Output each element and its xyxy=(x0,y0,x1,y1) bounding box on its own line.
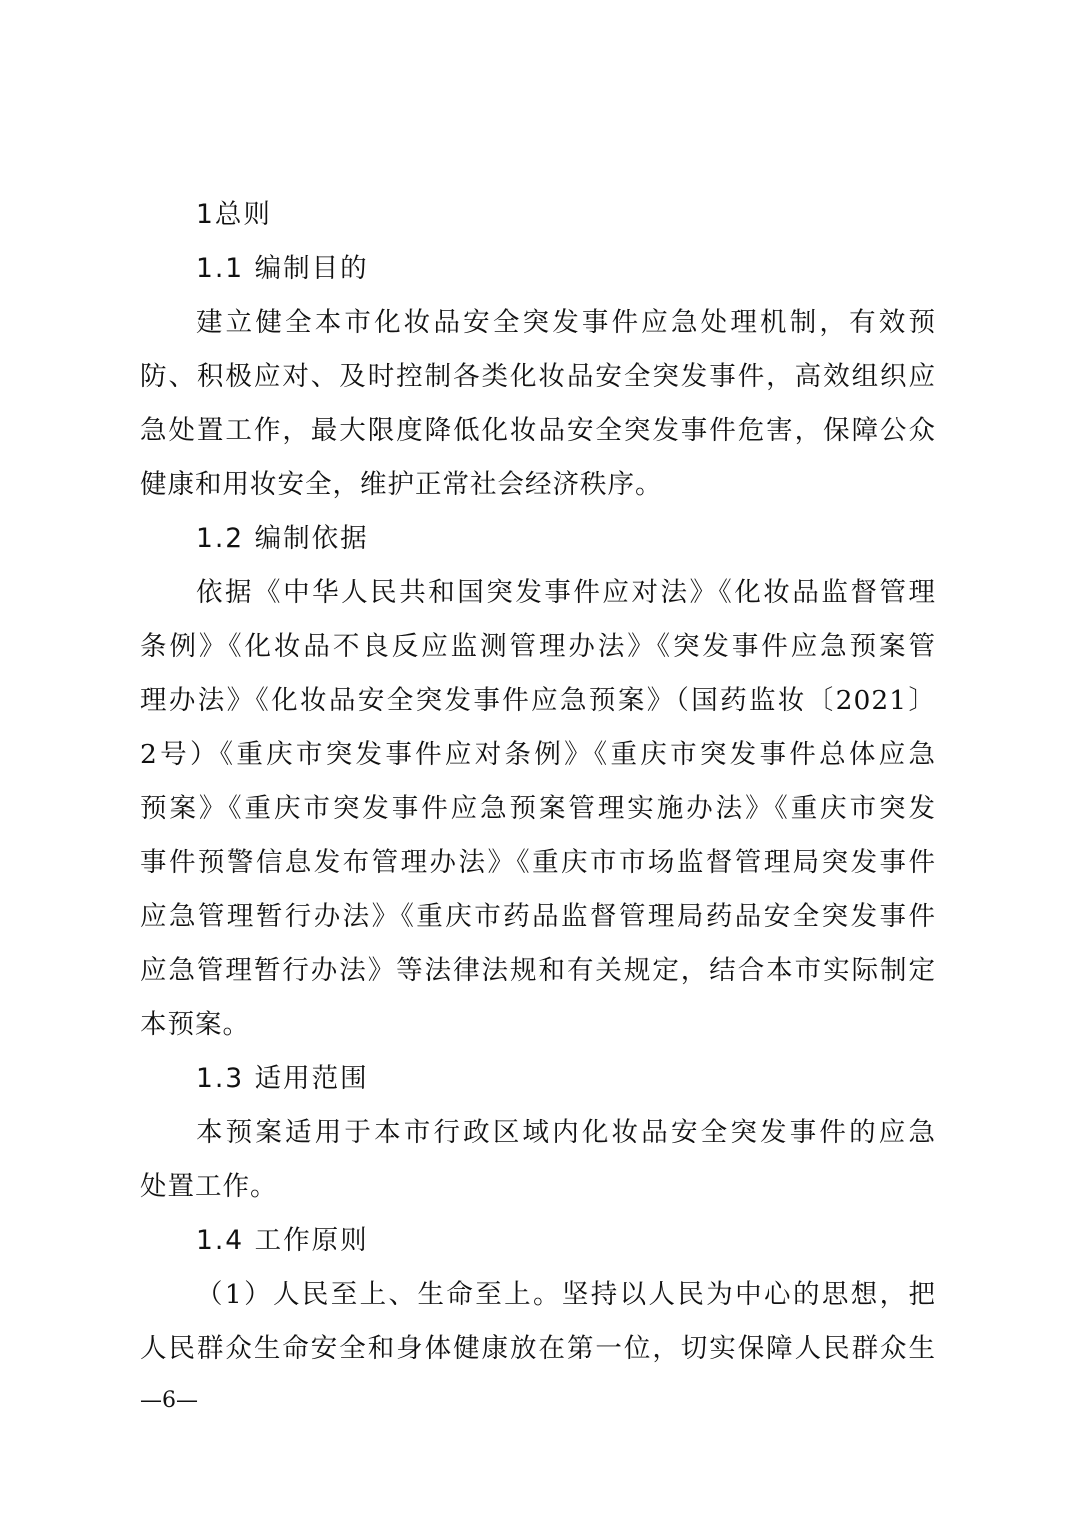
section-heading-principles: 1.4 工作原则 xyxy=(140,1214,936,1268)
text-line: 本预案。 xyxy=(140,998,936,1052)
text-line: （1）人民至上、生命至上。坚持以人民为中心的思想，把 xyxy=(140,1268,936,1322)
text-line: 急处置工作，最大限度降低化妆品安全突发事件危害，保障公众 xyxy=(140,404,936,458)
text-line: 处置工作。 xyxy=(140,1160,936,1214)
section-heading-purpose: 1.1 编制目的 xyxy=(140,242,936,296)
document-page: 1总则 1.1 编制目的 建立健全本市化妆品安全突发事件应急处理机制，有效预 防… xyxy=(140,188,936,1376)
text-line: 2号）《重庆市突发事件应对条例》《重庆市突发事件总体应急 xyxy=(140,728,936,782)
paragraph-scope: 本预案适用于本市行政区域内化妆品安全突发事件的应急 处置工作。 xyxy=(140,1106,936,1214)
text-line: 健康和用妆安全，维护正常社会经济秩序。 xyxy=(140,458,936,512)
text-line: 本预案适用于本市行政区域内化妆品安全突发事件的应急 xyxy=(140,1106,936,1160)
paragraph-purpose: 建立健全本市化妆品安全突发事件应急处理机制，有效预 防、积极应对、及时控制各类化… xyxy=(140,296,936,512)
text-line: 条例》《化妆品不良反应监测管理办法》《突发事件应急预案管 xyxy=(140,620,936,674)
section-heading-basis: 1.2 编制依据 xyxy=(140,512,936,566)
text-line: 应急管理暂行办法》等法律法规和有关规定，结合本市实际制定 xyxy=(140,944,936,998)
section-heading-general: 1总则 xyxy=(140,188,936,242)
text-line: 理办法》《化妆品安全突发事件应急预案》（国药监妆〔2021〕 xyxy=(140,674,936,728)
page-number: —6— xyxy=(140,1386,198,1416)
text-line: 建立健全本市化妆品安全突发事件应急处理机制，有效预 xyxy=(140,296,936,350)
text-line: 人民群众生命安全和身体健康放在第一位，切实保障人民群众生 xyxy=(140,1322,936,1376)
text-line: 依据《中华人民共和国突发事件应对法》《化妆品监督管理 xyxy=(140,566,936,620)
section-heading-scope: 1.3 适用范围 xyxy=(140,1052,936,1106)
text-line: 防、积极应对、及时控制各类化妆品安全突发事件，高效组织应 xyxy=(140,350,936,404)
paragraph-basis: 依据《中华人民共和国突发事件应对法》《化妆品监督管理 条例》《化妆品不良反应监测… xyxy=(140,566,936,1052)
text-line: 事件预警信息发布管理办法》《重庆市市场监督管理局突发事件 xyxy=(140,836,936,890)
paragraph-principles: （1）人民至上、生命至上。坚持以人民为中心的思想，把 人民群众生命安全和身体健康… xyxy=(140,1268,936,1376)
text-line: 预案》《重庆市突发事件应急预案管理实施办法》《重庆市突发 xyxy=(140,782,936,836)
text-line: 应急管理暂行办法》《重庆市药品监督管理局药品安全突发事件 xyxy=(140,890,936,944)
